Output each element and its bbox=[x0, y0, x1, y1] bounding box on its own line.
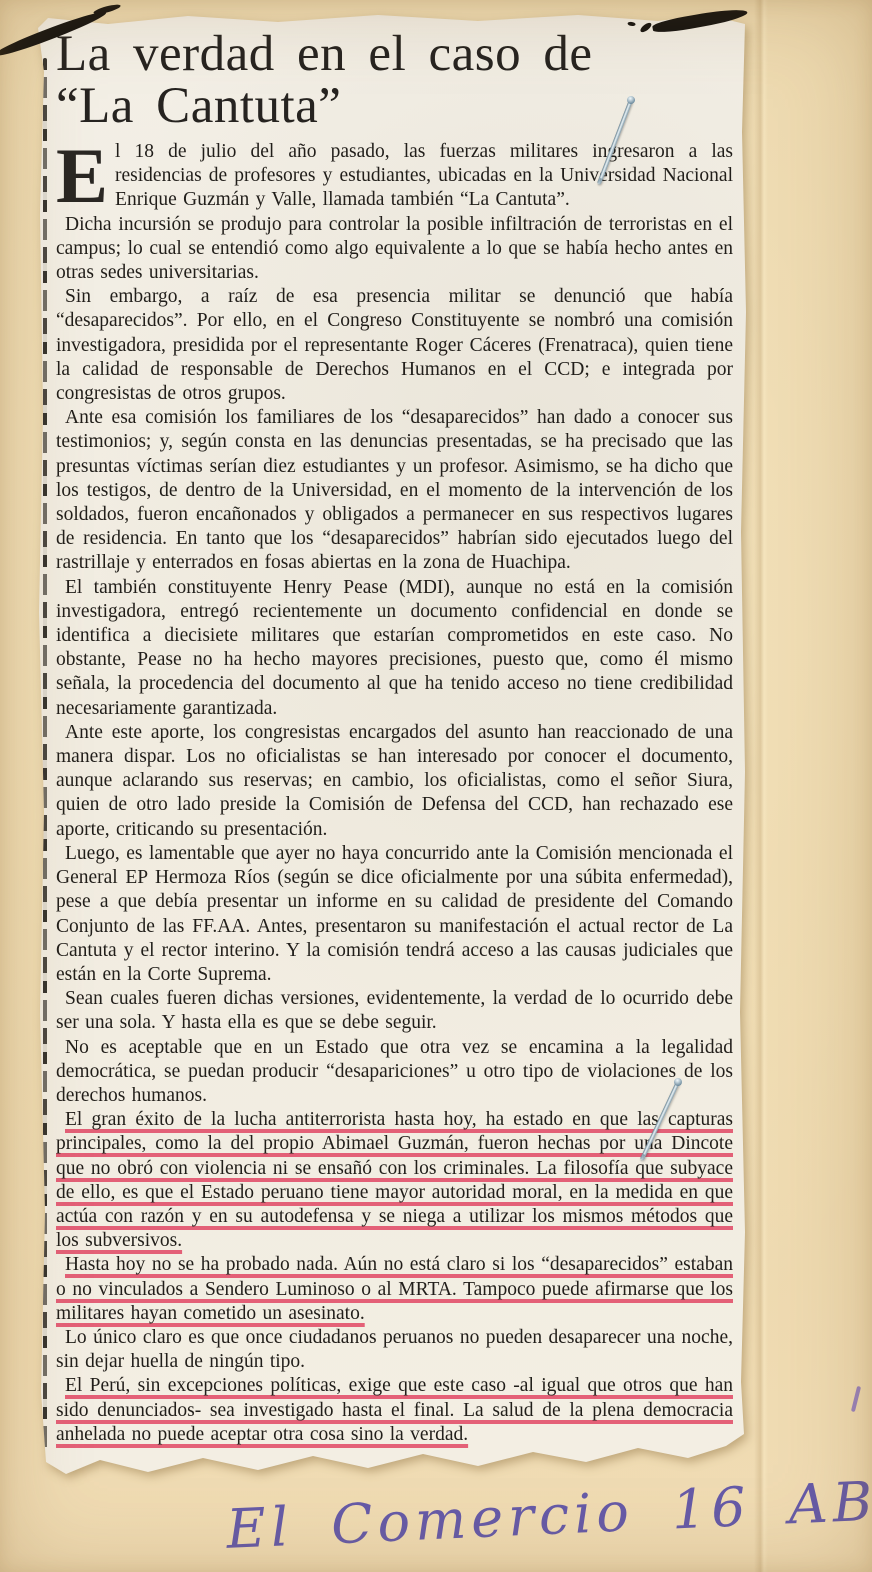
paragraph: Dicha incursión se produjo para controla… bbox=[56, 213, 733, 286]
headline-line1: La verdad en el caso de bbox=[56, 26, 593, 82]
paragraph: Sin embargo, a raíz de esa presencia mil… bbox=[56, 285, 733, 406]
paragraph: Lo único claro es que once ciudadanos pe… bbox=[56, 1326, 733, 1374]
article-body: El 18 de julio del año pasado, las fuerz… bbox=[38, 140, 746, 1447]
paragraph: El también constituyente Henry Pease (MD… bbox=[56, 576, 733, 721]
paragraph: Ante esa comisión los familiares de los … bbox=[56, 406, 733, 575]
page-crease bbox=[754, 0, 768, 1572]
headline-line2: “La Cantuta” bbox=[56, 78, 341, 134]
column-rule bbox=[43, 58, 47, 1454]
paragraph: Luego, es lamentable que ayer no haya co… bbox=[56, 842, 733, 987]
paragraph: Hasta hoy no se ha probado nada. Aún no … bbox=[56, 1253, 733, 1326]
paragraph: El gran éxito de la lucha antiterrorista… bbox=[56, 1108, 733, 1253]
paragraph: Ante este aporte, los congresistas encar… bbox=[56, 721, 733, 842]
headline: La verdad en el caso de“La Cantuta” bbox=[56, 28, 736, 132]
paragraph: El Perú, sin excepciones políticas, exig… bbox=[56, 1374, 733, 1447]
paragraph: Sean cuales fueren dichas versiones, evi… bbox=[56, 987, 733, 1035]
paragraph: El 18 de julio del año pasado, las fuerz… bbox=[56, 140, 733, 213]
pen-mark bbox=[851, 1386, 861, 1412]
newspaper-clipping: La verdad en el caso de“La Cantuta” El 1… bbox=[38, 12, 746, 1480]
clipping-paper: La verdad en el caso de“La Cantuta” El 1… bbox=[38, 12, 746, 1480]
drop-cap: E bbox=[56, 140, 115, 208]
paragraph: No es aceptable que en un Estado que otr… bbox=[56, 1036, 733, 1109]
